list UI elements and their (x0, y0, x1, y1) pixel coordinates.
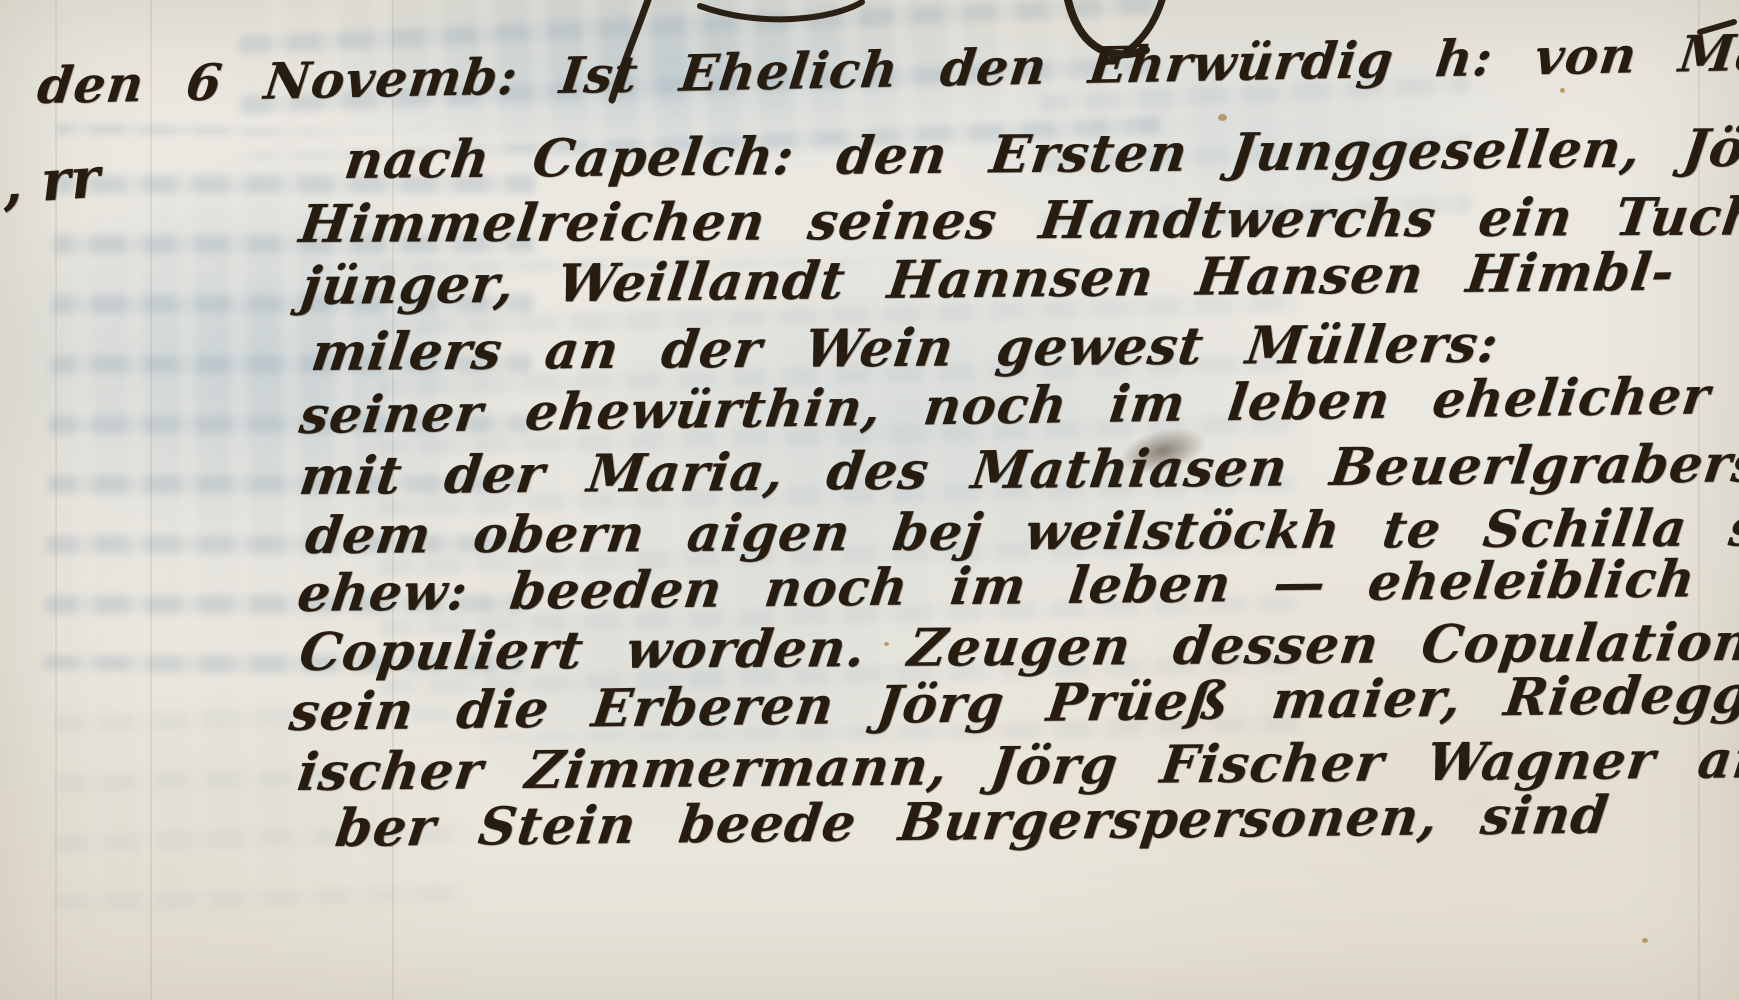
paper-speckle (1560, 88, 1565, 93)
paper-speckle (1642, 938, 1648, 943)
handwriting-line-13: ber Stein beede Burgerspersonen, sind (332, 785, 1612, 859)
paper-chain-line (150, 0, 152, 1000)
margin-note: , rr (0, 145, 102, 218)
manuscript-page: , rr den 6 Novemb: Ist Ehelich den Ehrwü… (0, 0, 1739, 1000)
handwriting-line-04: jünger, Weillandt Hannsen Hansen Himbl- (298, 242, 1678, 317)
paper-speckle (1218, 114, 1227, 121)
handwriting-line-02: nach Capelch: den Ersten Junggesellen, J… (341, 117, 1739, 191)
handwriting-line-07: mit der Maria, des Mathiasen Beuerlgrabe… (296, 433, 1739, 507)
